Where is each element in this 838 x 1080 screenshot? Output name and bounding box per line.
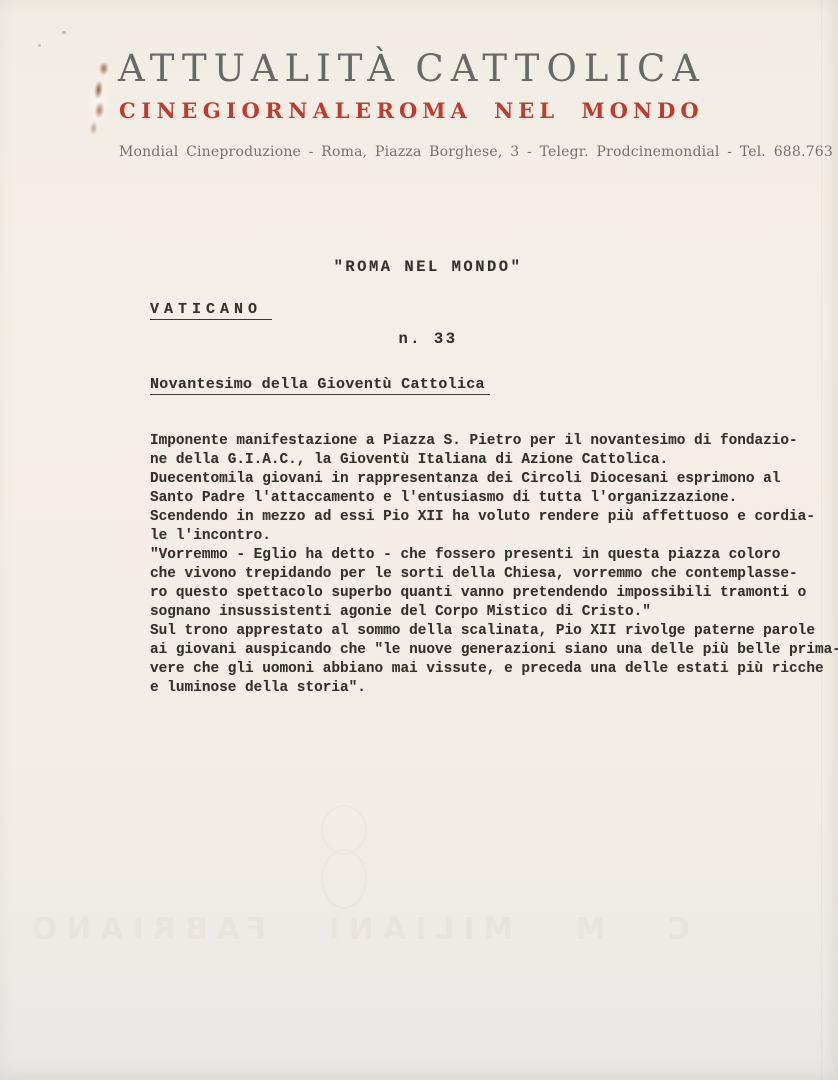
letterhead-subtitle: CINEGIORNALE ROMA NEL MONDO: [119, 99, 703, 123]
section-heading: VATICANO: [150, 301, 272, 320]
issue-number: n. 33: [9, 327, 838, 351]
scanned-letter-page: ATTUALITÀ CATTOLICA CINEGIORNALE ROMA NE…: [0, 0, 838, 1080]
letterhead-subtitle-roma-nel-mondo: ROMA NEL MONDO: [377, 99, 704, 123]
watermark-emblem: [315, 805, 373, 909]
rust-stain: [80, 57, 119, 144]
section-heading-row: VATICANO: [150, 301, 272, 318]
letterhead-title: ATTUALITÀ CATTOLICA: [118, 48, 706, 90]
letterhead-subtitle-cinegiornale: CINEGIORNALE: [119, 99, 377, 123]
article-heading-row: Novantesimo della Gioventù Cattolica: [150, 376, 490, 393]
newsreel-title: "ROMA NEL MONDO": [9, 255, 838, 279]
paper-speck: [62, 31, 66, 34]
newsreel-title-block: "ROMA NEL MONDO" n. 33: [9, 207, 838, 399]
letterhead-title-right: CATTOLICA: [415, 48, 706, 90]
watermark-text: C M MILIANI FABRIANO: [150, 912, 690, 947]
address-line: Mondial Cineproduzione - Roma, Piazza Bo…: [119, 144, 719, 161]
paper-speck: [38, 44, 41, 47]
article-body: Imponente manifestazione a Piazza S. Pie…: [150, 432, 822, 698]
article-heading: Novantesimo della Gioventù Cattolica: [150, 376, 490, 395]
letterhead-title-left: ATTUALITÀ: [118, 48, 401, 90]
